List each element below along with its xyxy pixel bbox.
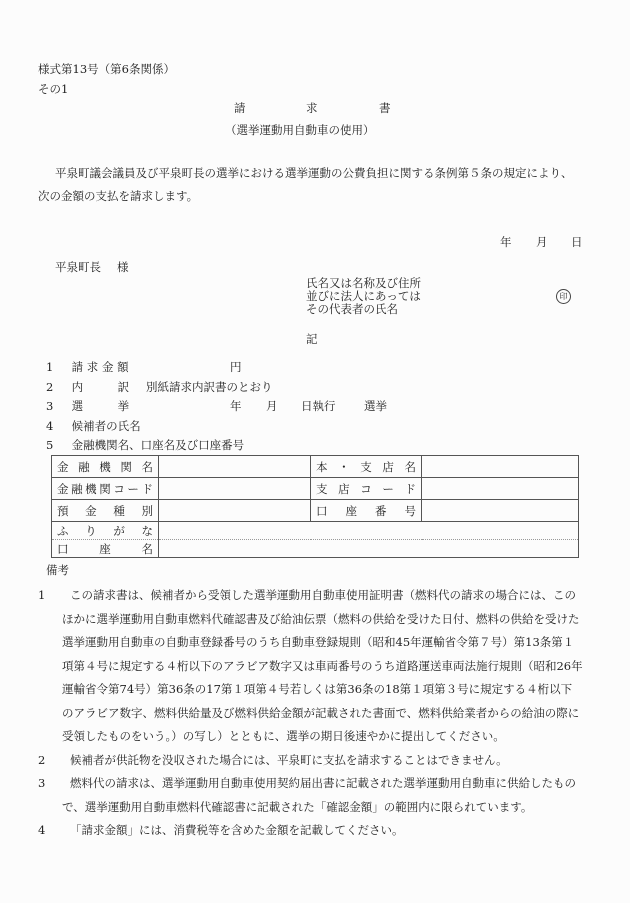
title-char: 請	[234, 103, 246, 115]
bank-code-field[interactable]	[159, 478, 311, 500]
note-number: 1	[38, 584, 45, 608]
label-bank-name: 金融機関名	[52, 456, 159, 478]
item-number: 4	[46, 421, 68, 433]
branch-code-field[interactable]	[422, 478, 579, 500]
addressee-name: 平泉町長	[55, 262, 101, 274]
table-row: 金融機関名 本・支店名	[52, 456, 579, 478]
note-number: 2	[38, 749, 45, 773]
addressee-honorific: 様	[117, 262, 129, 274]
intro-text: 平泉町議会議員及び平泉町長の選挙における選挙運動の公費負担に関する条例第５条の規…	[38, 168, 573, 180]
item-bank-info: 5 金融機関名、口座名及び口座番号	[46, 440, 244, 452]
label-account-name: 口座名	[52, 540, 159, 558]
note-number: 4	[38, 819, 45, 843]
page-subtitle: （選挙運動用自動車の使用）	[225, 125, 375, 137]
notes-heading: 備考	[46, 565, 69, 577]
date-year: 年	[500, 237, 512, 249]
applicant-line: その代表者の氏名	[306, 304, 398, 316]
label-furigana: ふりがな	[52, 522, 159, 540]
note-item: 1 この請求書は、候補者から受領した選挙運動用自動車使用証明書（燃料代の請求の場…	[38, 584, 583, 749]
deposit-type-field[interactable]	[159, 500, 311, 522]
applicant-line: 氏名又は名称及び住所	[306, 278, 421, 290]
label-bank-code: 金融機関コード	[52, 478, 159, 500]
notes-list: 1 この請求書は、候補者から受領した選挙運動用自動車使用証明書（燃料代の請求の場…	[38, 584, 583, 843]
intro-line-1: 平泉町議会議員及び平泉町長の選挙における選挙運動の公費負担に関する条例第５条の規…	[38, 166, 573, 180]
election-suffix: 選挙	[364, 401, 387, 413]
note-item: 2 候補者が供託物を没収された場合には、平泉町に支払を請求することはできません。	[38, 749, 583, 773]
note-text: 「請求金額」には、消費税等を含めた金額を記載してください。	[62, 819, 583, 843]
title-char: 求	[306, 103, 318, 115]
furigana-field[interactable]	[159, 522, 579, 540]
intro-line-2: 次の金額の支払を請求します。	[38, 191, 198, 203]
seal-icon: 印	[556, 289, 571, 304]
table-row: 口座名	[52, 540, 579, 558]
item-label: 候補者の氏名	[72, 419, 141, 433]
item-label: 金融機関名、口座名及び口座番号	[72, 438, 245, 452]
item-number: 1	[46, 362, 68, 374]
applicant-line: 並びに法人にあっては	[306, 291, 421, 303]
table-row: ふりがな	[52, 522, 579, 540]
item-label: 請 求 金 額	[72, 360, 129, 374]
election-year: 年	[230, 401, 242, 413]
item-breakdown: 2 内 訳 別紙請求内訳書のとおり	[46, 382, 129, 394]
note-number: 3	[38, 772, 45, 796]
election-day: 日執行	[301, 401, 336, 413]
item-value: 別紙請求内訳書のとおり	[146, 382, 273, 394]
table-row: 預金種別 口座番号	[52, 500, 579, 522]
note-text: この請求書は、候補者から受領した選挙運動用自動車使用証明書（燃料代の請求の場合に…	[62, 584, 583, 749]
label-deposit-type: 預金種別	[52, 500, 159, 522]
branch-name-field[interactable]	[422, 456, 579, 478]
note-text: 候補者が供託物を没収された場合には、平泉町に支払を請求することはできません。	[62, 749, 583, 773]
item-label: 選 挙	[72, 399, 130, 413]
note-text: 燃料代の請求は、選挙運動用自動車使用契約届出書に記載された選挙運動用自動車に供給…	[62, 772, 583, 819]
item-election[interactable]: 3 選 挙 年 月 日執行 選挙	[46, 401, 129, 413]
item-candidate-name[interactable]: 4 候補者の氏名	[46, 421, 141, 433]
bank-info-table: 金融機関名 本・支店名 金融機関コード 支店コード 預金種別 口座番号 ふりがな	[51, 455, 579, 558]
label-account-number: 口座番号	[311, 500, 422, 522]
account-name-field[interactable]	[159, 540, 579, 558]
title-char: 書	[379, 103, 391, 115]
date-day: 日	[571, 237, 583, 249]
item-label: 内 訳	[72, 380, 130, 394]
form-number: 様式第13号（第6条関係）	[38, 64, 175, 76]
account-number-field[interactable]	[422, 500, 579, 522]
yen-unit: 円	[230, 362, 242, 374]
note-item: 4 「請求金額」には、消費税等を含めた金額を記載してください。	[38, 819, 583, 843]
sub-number: その1	[38, 84, 68, 96]
item-number: 2	[46, 382, 68, 394]
item-number: 5	[46, 440, 68, 452]
label-branch-code: 支店コード	[311, 478, 422, 500]
election-month: 月	[266, 401, 278, 413]
label-branch-name: 本・支店名	[311, 456, 422, 478]
table-row: 金融機関コード 支店コード	[52, 478, 579, 500]
date-month: 月	[536, 237, 548, 249]
item-claim-amount[interactable]: 1 請 求 金 額 円	[46, 362, 129, 374]
note-item: 3 燃料代の請求は、選挙運動用自動車使用契約届出書に記載された選挙運動用自動車に…	[38, 772, 583, 819]
bank-name-field[interactable]	[159, 456, 311, 478]
item-number: 3	[46, 401, 68, 413]
ki-heading: 記	[306, 334, 318, 346]
